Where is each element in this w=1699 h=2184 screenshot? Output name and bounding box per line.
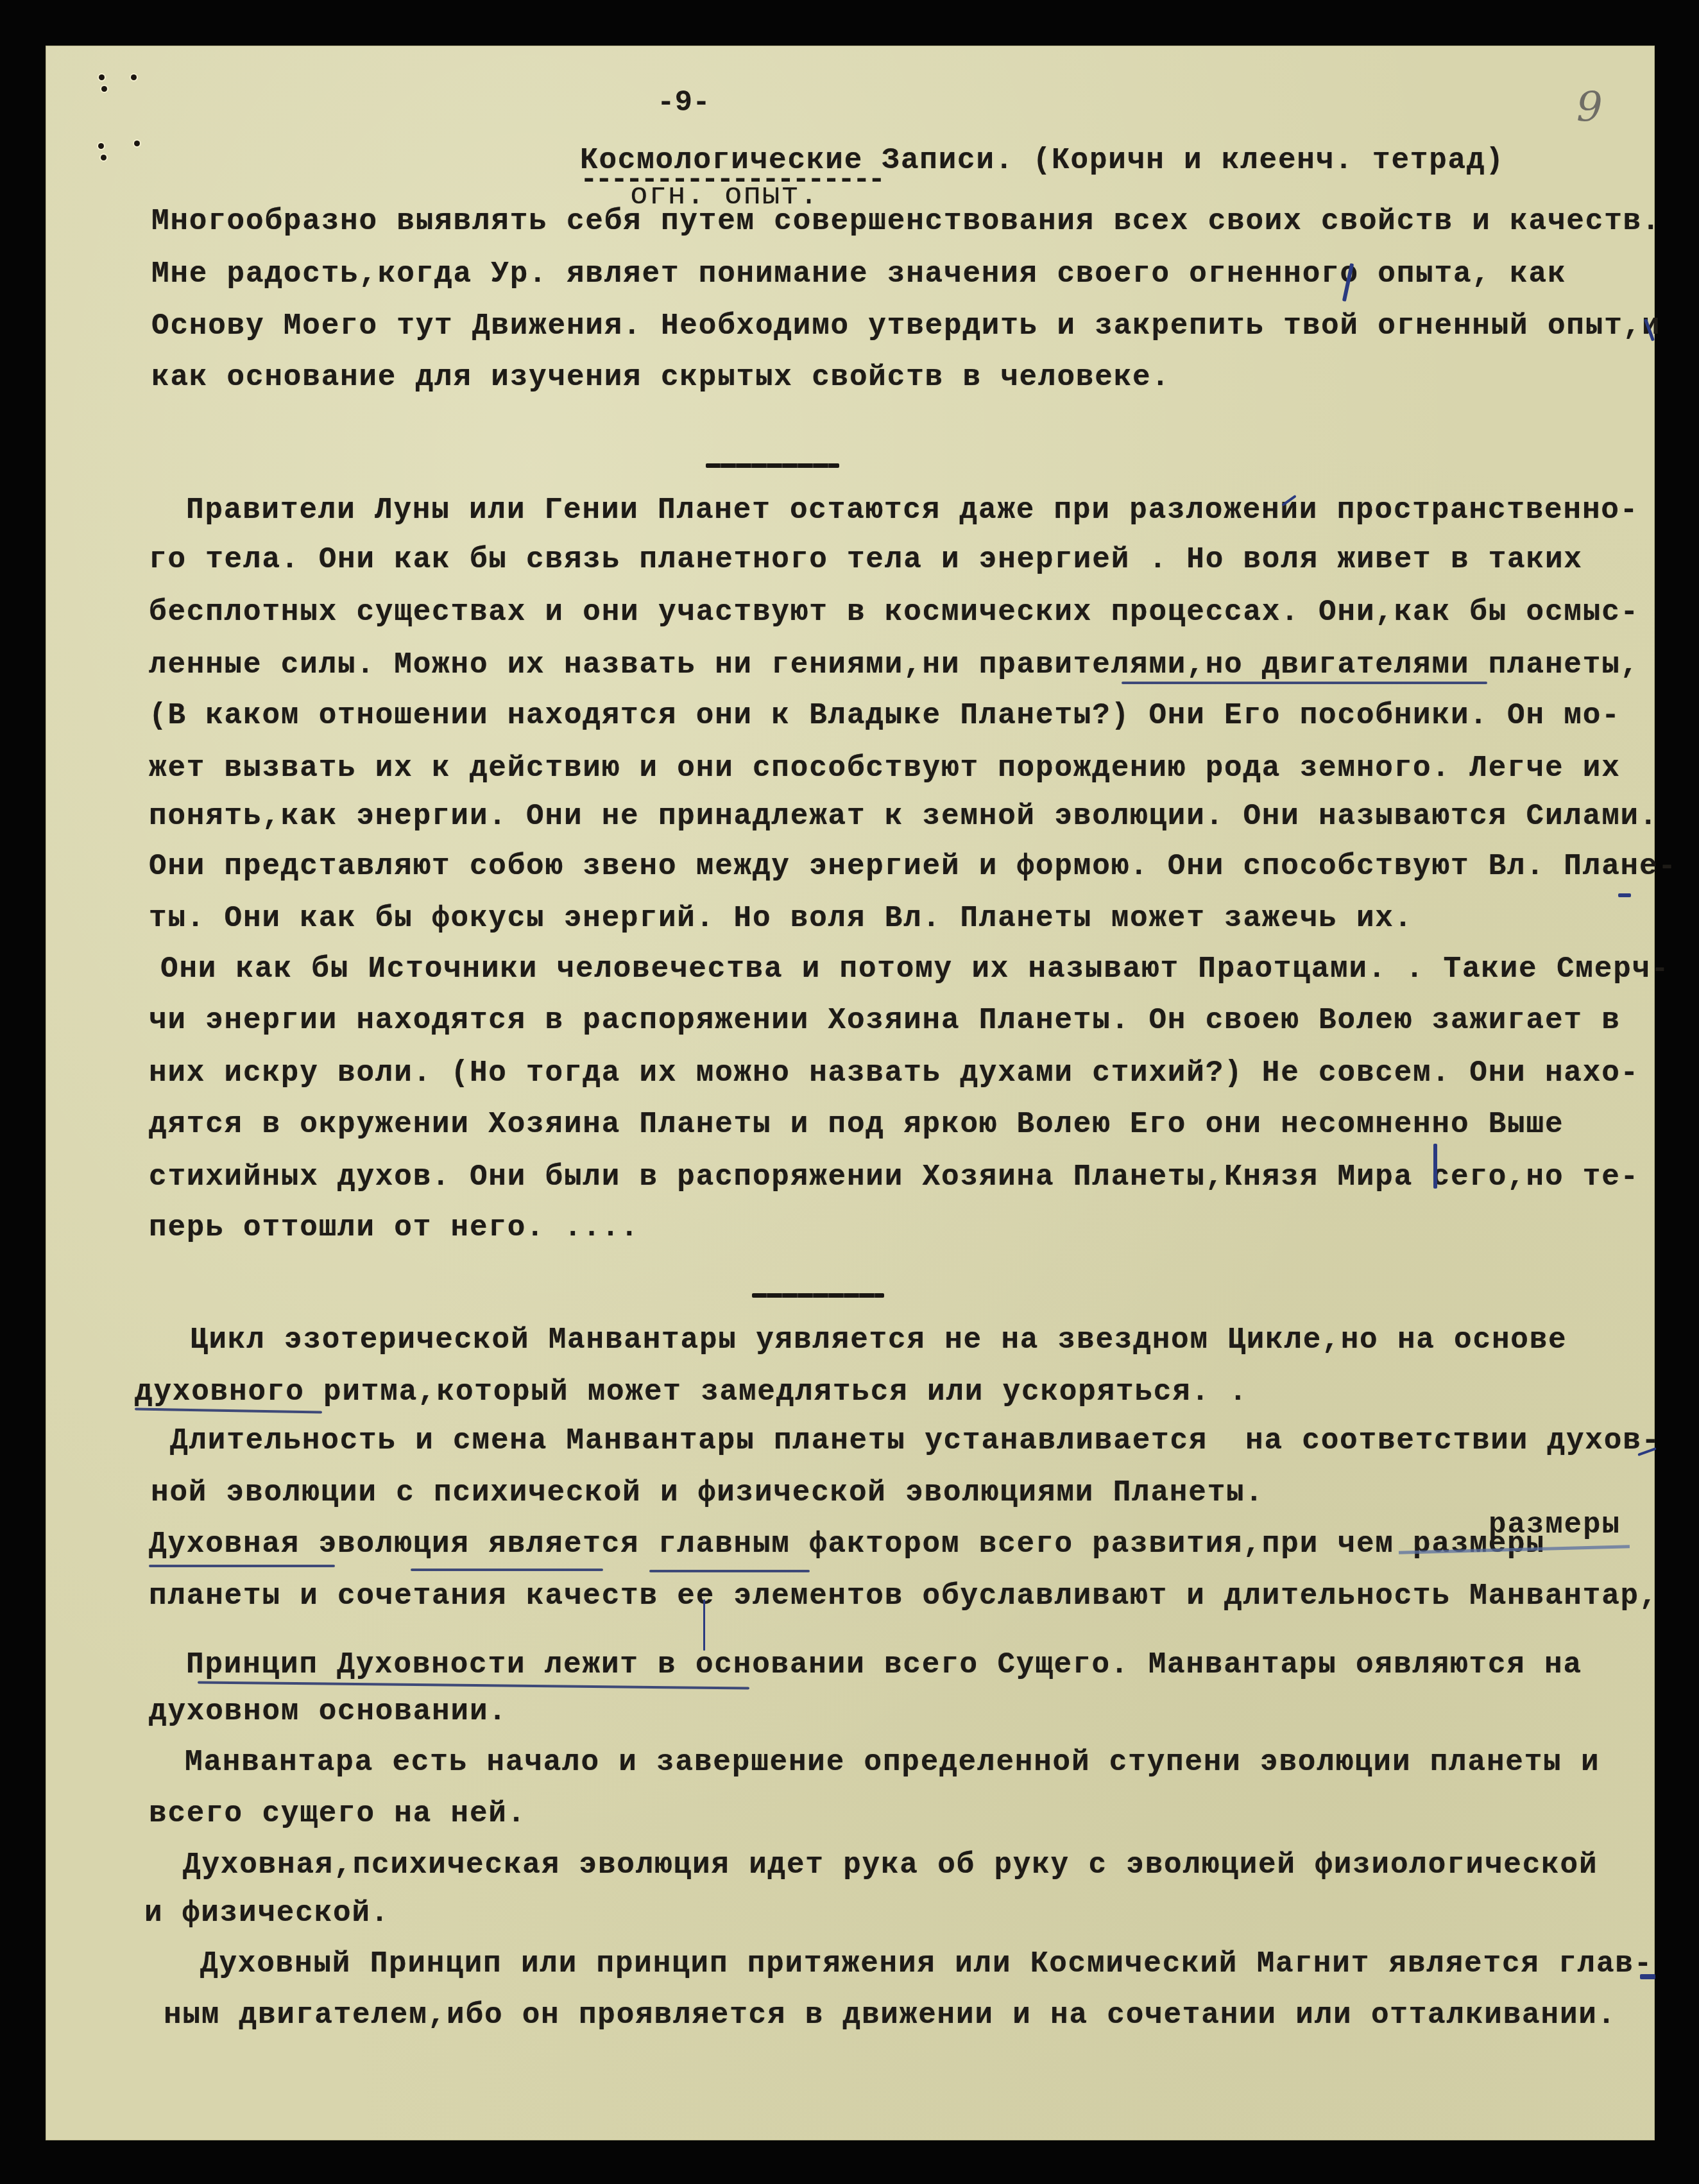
typewritten-page: -9- 9 Космологические Записи. (Коричн и … [46, 46, 1654, 2140]
text-line: них искру воли. (Но тогда их можно назва… [149, 1058, 1639, 1088]
text-line: чи энергии находятся в распоряжении Хозя… [149, 1006, 1621, 1035]
text-line: Мне радость,когда Ур. являет понимание з… [151, 259, 1566, 289]
text-line: ной эволюции с психической и физической … [151, 1478, 1264, 1508]
text-line: Духовный Принцип или принцип притяжения … [200, 1949, 1653, 1979]
text-line: ным двигателем,ибо он проявляется в движ… [164, 2000, 1616, 2030]
text-line: го тела. Они как бы связь планетного тел… [149, 545, 1583, 574]
text-line: всего сущего на ней. [149, 1799, 526, 1828]
text-line: (В каком отношении находятся они к Влады… [149, 701, 1621, 730]
text-line: духовном основании. [149, 1697, 508, 1726]
binding-hole [98, 143, 104, 149]
text-line: Манвантара есть начало и завершение опре… [185, 1748, 1600, 1777]
text-line: Они представляют собою звено между энерг… [149, 852, 1677, 881]
text-line: Духовная,психическая эволюция идет рука … [183, 1850, 1598, 1880]
text-line: планеты и сочетания качеств ее элементов… [149, 1581, 1658, 1611]
text-line: стихийных духов. Они были в распоряжении… [149, 1162, 1639, 1192]
pen-mark [1433, 1144, 1437, 1189]
pen-underline [1122, 682, 1487, 684]
text-line: Многообразно выявлять себя путем соверше… [151, 207, 1661, 236]
text-line: Они как бы Источники человечества и пото… [160, 954, 1669, 984]
text-line: Духовная эволюция является главным факто… [149, 1529, 1545, 1559]
folio-number-handwritten: 9 [1576, 84, 1603, 132]
text-line: и физической. [144, 1898, 389, 1928]
page-number: -9- [657, 86, 710, 119]
section-separator [706, 463, 839, 468]
pen-underline [411, 1569, 603, 1571]
text-line: Длительность и смена Манвантары планеты … [170, 1426, 1661, 1456]
text-line: ты. Они как бы фокусы энергий. Но воля В… [149, 904, 1413, 933]
text-line: ленные силы. Можно их назвать ни гениями… [149, 650, 1639, 680]
text-line: как основание для изучения скрытых свойс… [151, 363, 1170, 392]
binding-hole [101, 86, 107, 92]
binding-hole [99, 74, 105, 80]
binding-hole [134, 141, 140, 146]
text-line: жет вызвать их к действию и они способст… [149, 753, 1621, 783]
text-line: духовного ритма,который может замедлятьс… [135, 1377, 1248, 1407]
pen-mark [1640, 1974, 1655, 1979]
binding-hole [101, 155, 107, 160]
pen-mark [1618, 893, 1631, 897]
pen-underline [649, 1570, 810, 1572]
handwritten-correction: размеры [1489, 1508, 1621, 1542]
text-line: перь оттошли от него. .... [149, 1213, 640, 1242]
text-line: Основу Моего тут Движения. Необходимо ут… [151, 311, 1661, 341]
pen-underline [149, 1565, 335, 1567]
binding-hole [131, 74, 137, 80]
text-line: Правители Луны или Гении Планет остаются… [186, 495, 1639, 525]
section-separator [752, 1293, 884, 1298]
text-line: дятся в окружении Хозяина Планеты и под … [149, 1110, 1564, 1139]
pen-underline [198, 1681, 749, 1689]
text-line: понять,как энергии. Они не принадлежат к… [149, 802, 1658, 831]
text-line: бесплотных существах и они участвуют в к… [149, 598, 1639, 627]
text-line: Принцип Духовности лежит в основании все… [186, 1650, 1582, 1680]
pen-mark [703, 1599, 705, 1651]
text-line: Цикл эзотерической Манвантары уявляется … [190, 1325, 1567, 1355]
